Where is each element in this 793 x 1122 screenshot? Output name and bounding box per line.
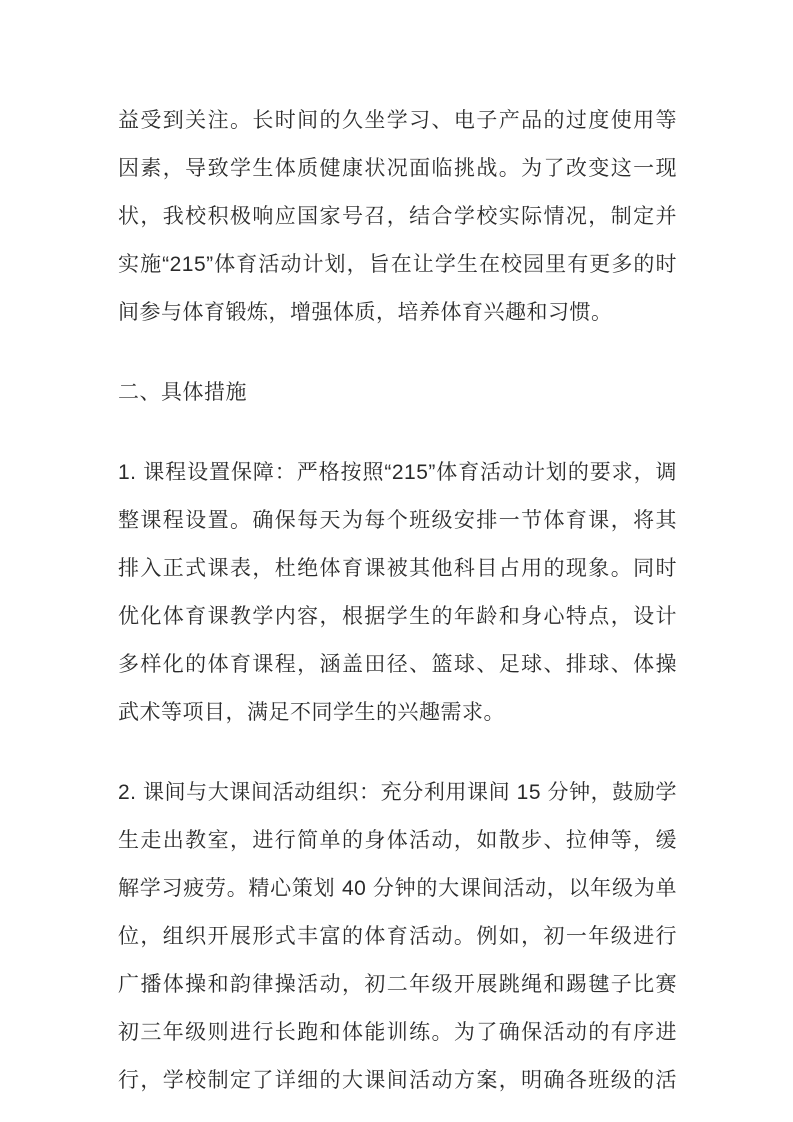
text-line: 多样化的体育课程，涵盖田径、篮球、足球、排球、体操	[118, 641, 677, 689]
text-line: 因素，导致学生体质健康状况面临挑战。为了改变这一现	[118, 145, 677, 193]
text-line: 初三年级则进行长跑和体能训练。为了确保活动的有序进	[118, 1009, 677, 1057]
text-line: 行，学校制定了详细的大课间活动方案，明确各班级的活	[118, 1057, 677, 1105]
measure-1-paragraph: 1. 课程设置保障：严格按照“215”体育活动计划的要求，调整课程设置。确保每天…	[118, 449, 677, 737]
text-line: 广播体操和韵律操活动，初二年级开展跳绳和踢毽子比赛	[118, 961, 677, 1009]
measure-2-paragraph: 2. 课间与大课间活动组织：充分利用课间 15 分钟，鼓励学生走出教室，进行简单…	[118, 769, 677, 1105]
text-line: 整课程设置。确保每天为每个班级安排一节体育课，将其	[118, 497, 677, 545]
document-page: 益受到关注。长时间的久坐学习、电子产品的过度使用等因素，导致学生体质健康状况面临…	[0, 0, 793, 1122]
section-heading: 二、具体措施	[118, 369, 677, 417]
text-line: 1. 课程设置保障：严格按照“215”体育活动计划的要求，调	[118, 449, 677, 497]
text-line: 优化体育课教学内容，根据学生的年龄和身心特点，设计	[118, 593, 677, 641]
intro-paragraph: 益受到关注。长时间的久坐学习、电子产品的过度使用等因素，导致学生体质健康状况面临…	[118, 97, 677, 337]
text-line: 益受到关注。长时间的久坐学习、电子产品的过度使用等	[118, 97, 677, 145]
text-line: 状，我校积极响应国家号召，结合学校实际情况，制定并	[118, 193, 677, 241]
text-line: 解学习疲劳。精心策划 40 分钟的大课间活动，以年级为单	[118, 865, 677, 913]
document-text-column: 益受到关注。长时间的久坐学习、电子产品的过度使用等因素，导致学生体质健康状况面临…	[118, 97, 677, 1105]
text-line: 2. 课间与大课间活动组织：充分利用课间 15 分钟，鼓励学	[118, 769, 677, 817]
text-line: 位，组织开展形式丰富的体育活动。例如，初一年级进行	[118, 913, 677, 961]
text-line: 间参与体育锻炼，增强体质，培养体育兴趣和习惯。	[118, 289, 677, 337]
text-line: 排入正式课表，杜绝体育课被其他科目占用的现象。同时	[118, 545, 677, 593]
text-line: 生走出教室，进行简单的身体活动，如散步、拉伸等，缓	[118, 817, 677, 865]
text-line: 实施“215”体育活动计划，旨在让学生在校园里有更多的时	[118, 241, 677, 289]
text-line: 武术等项目，满足不同学生的兴趣需求。	[118, 689, 677, 737]
